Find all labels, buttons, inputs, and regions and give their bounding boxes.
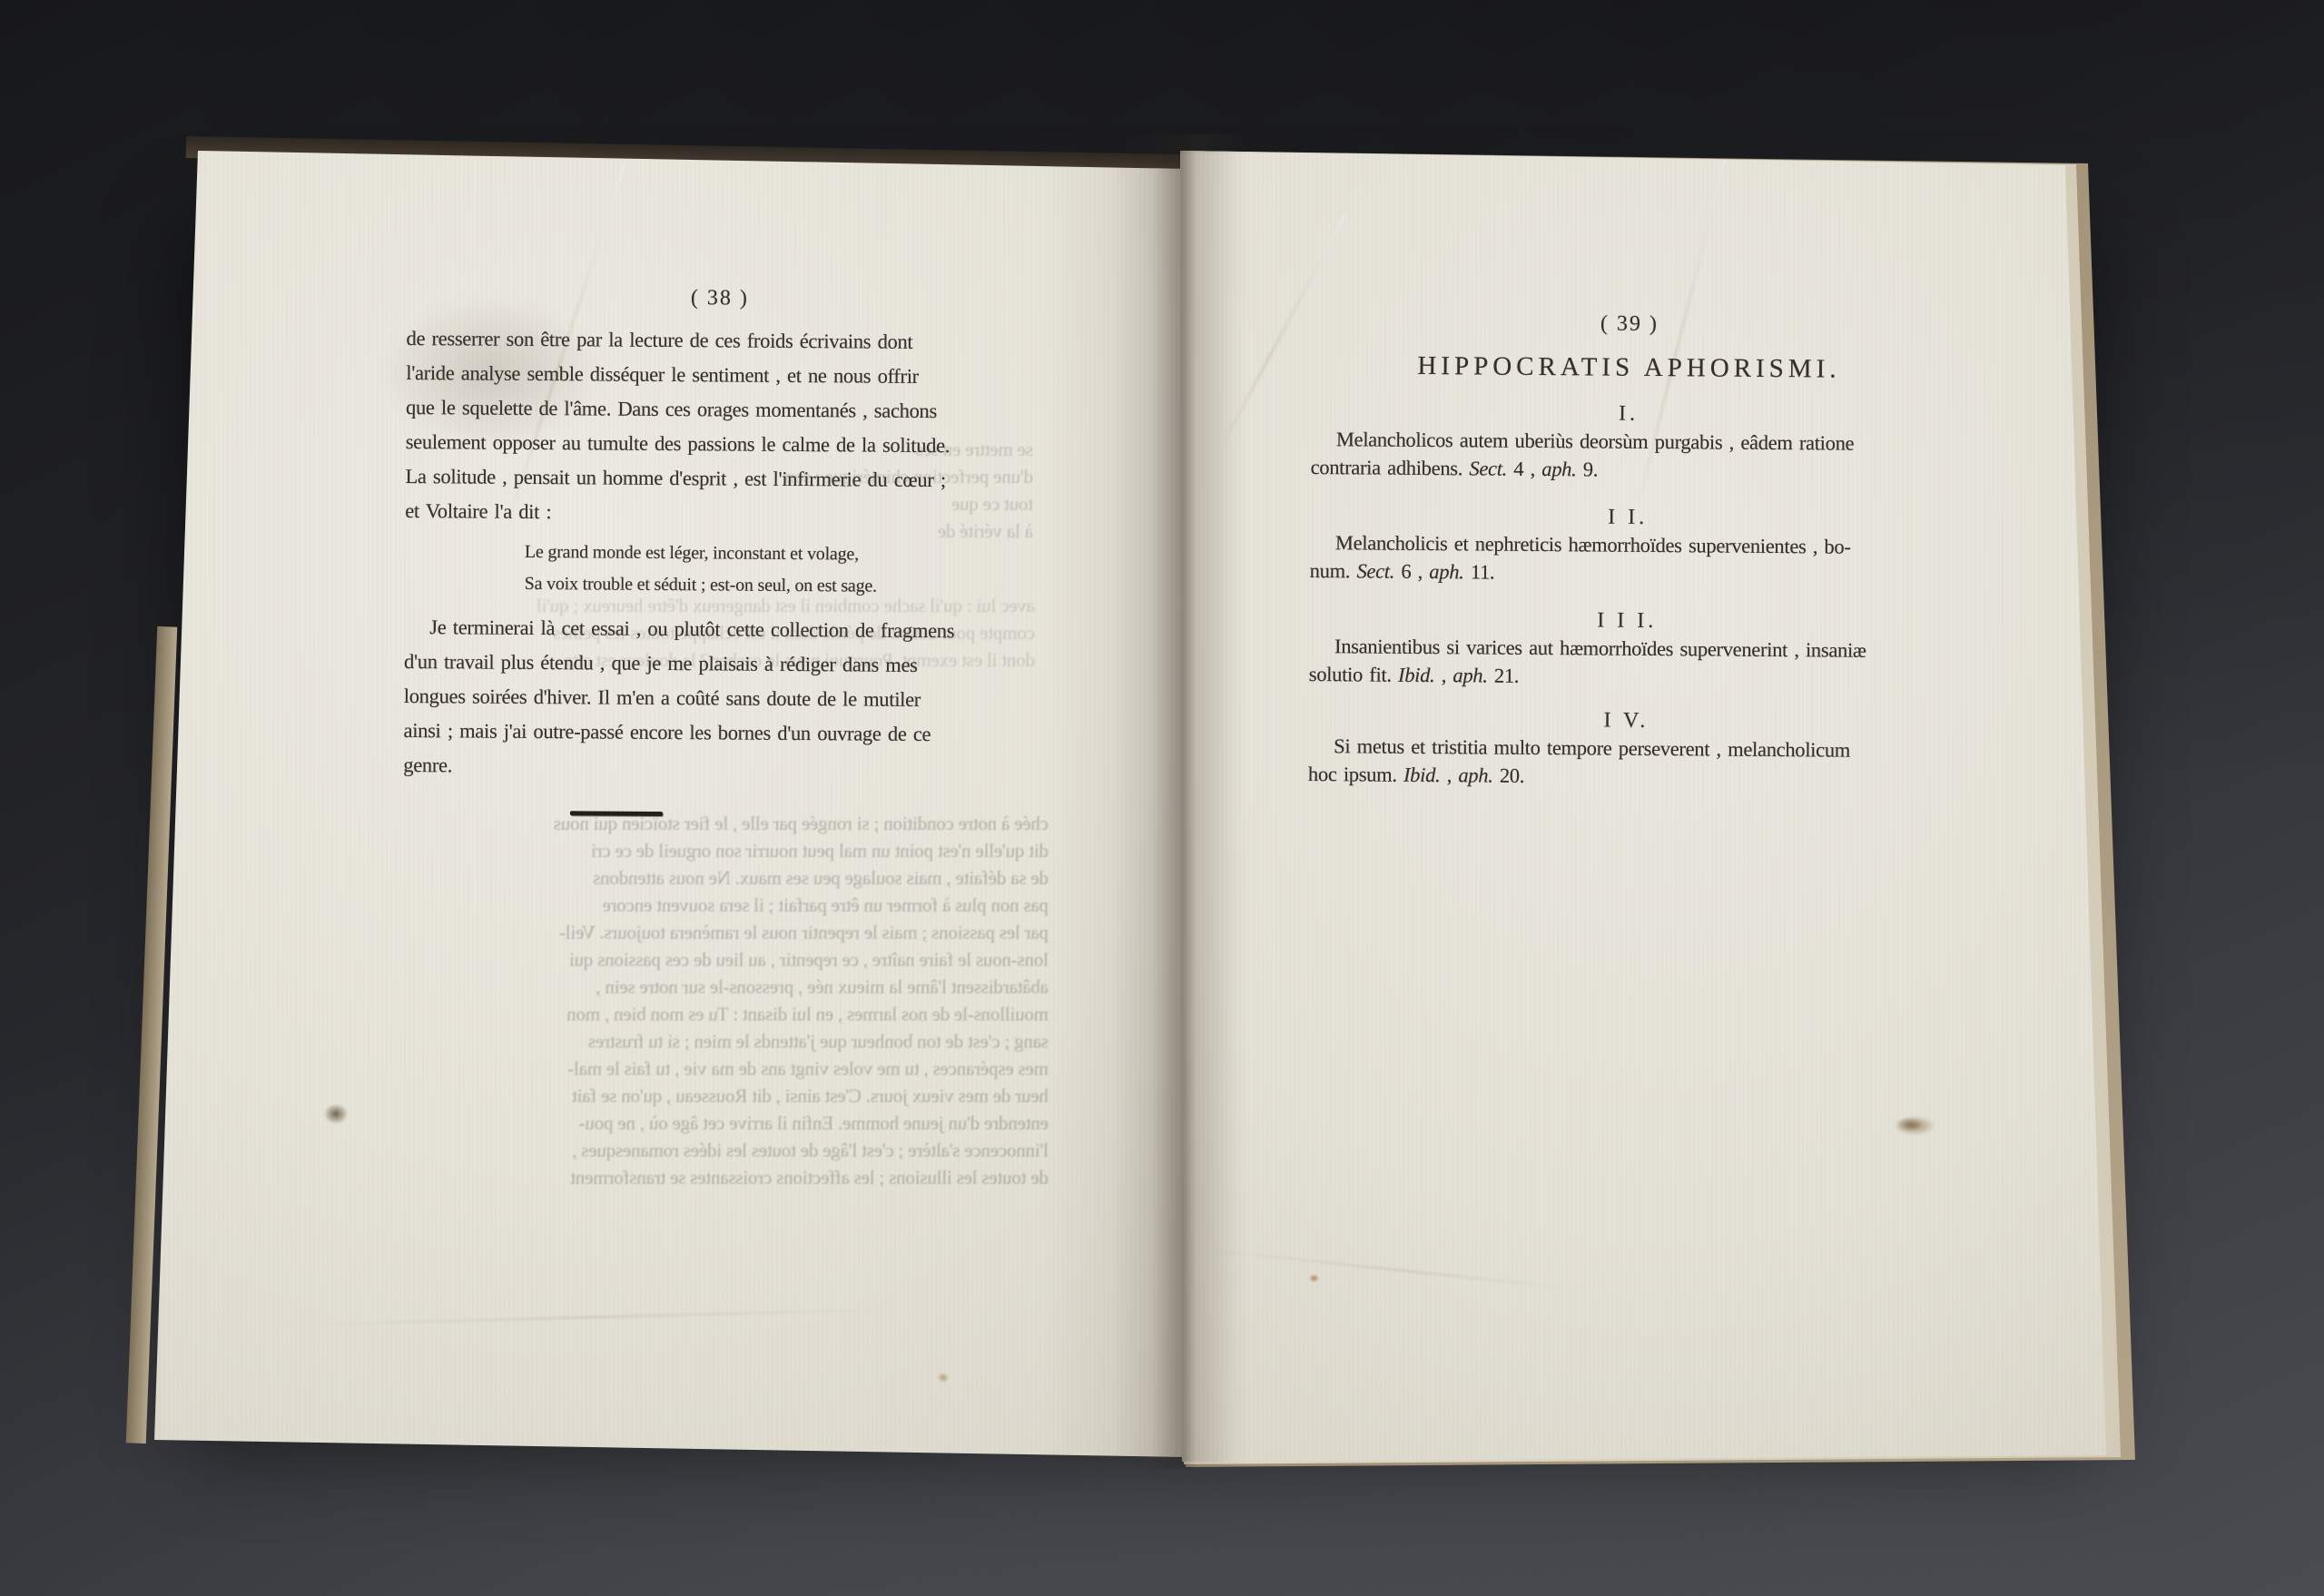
bleedthrough-text-line: mes espérances , tu me voles vingt ans d… — [309, 1055, 1049, 1082]
page-title: HIPPOCRATIS APHORISMI. — [1311, 347, 1946, 388]
stain — [1888, 1113, 1941, 1138]
left-page: se mettre en ses d'une perfection chimér… — [136, 136, 1189, 1471]
paragraph-line: l'aride analyse semble disséquer le sent… — [406, 356, 1032, 395]
aphorism-line: solutio fit. Ibid. , aph. 21. — [1309, 660, 1945, 693]
paragraph-line: et Voltaire l'a dit : — [405, 494, 1031, 533]
reference-plain: 9. — [1576, 458, 1598, 480]
bleedthrough-text-line: dit qu'elle n'est point un mal peut nour… — [309, 837, 1049, 864]
reference-italic: Ibid. — [1398, 664, 1435, 686]
paragraph-line: genre. — [403, 748, 1029, 787]
bleedthrough-text-line: sang ; c'est de ton bonheur que j'attend… — [309, 1028, 1049, 1055]
bleedthrough-text-line: heur de mes vieux jours. C'est ainsi , d… — [309, 1082, 1049, 1109]
reference-plain: 21. — [1488, 665, 1520, 687]
aphorism-line: num. Sect. 6 , aph. 11. — [1310, 557, 1945, 589]
verse-line: Sa voix trouble et séduit ; est-on seul,… — [525, 568, 1031, 604]
gutter-shadow — [1112, 134, 1248, 1469]
paragraph-line: longues soirées d'hiver. Il m'en a coûté… — [404, 679, 1030, 718]
paragraph-line: que le squelette de l'âme. Dans ces orag… — [406, 390, 1032, 429]
verse-quote: Le grand monde est léger, inconstant et … — [525, 537, 1031, 604]
bleedthrough-text-line: entendre d'un jeune homme. Enfin il arri… — [309, 1109, 1049, 1137]
reference-plain: 20. — [1492, 764, 1524, 787]
photo-of-open-book: se mettre en ses d'une perfection chimér… — [0, 0, 2324, 1596]
paragraph-line: La solitude , pensait un homme d'esprit … — [405, 459, 1031, 498]
reference-italic: aph. — [1452, 664, 1487, 686]
aphorism-text: solutio fit. — [1309, 663, 1398, 686]
stain — [935, 1371, 951, 1384]
aphorism: I I I. Insanientibus si varices aut hæmo… — [1309, 605, 1945, 693]
right-page-text-block: ( 39 ) HIPPOCRATIS APHORISMI. I. Melanch… — [1308, 309, 1947, 793]
reference-plain: , — [1440, 764, 1458, 786]
aphorism: I I. Melancholicis et nephreticis hæmorr… — [1310, 501, 1946, 589]
left-page-text-block: ( 38 ) de resserrer son être par la lect… — [403, 283, 1033, 819]
aphorism-text: num. — [1310, 559, 1357, 582]
reference-plain: , — [1434, 664, 1452, 686]
stain — [320, 1100, 352, 1128]
aphorism-text: hoc ipsum. — [1308, 763, 1403, 786]
bleedthrough-text-line: par les passions ; mais le repentir nous… — [309, 919, 1049, 946]
reference-italic: aph. — [1541, 458, 1576, 480]
bleedthrough-text-line: lons-nous le faire naître , ce repentir … — [309, 946, 1049, 973]
aphorism-line: hoc ipsum. Ibid. , aph. 20. — [1308, 760, 1944, 793]
reference-italic: Sect. — [1469, 457, 1507, 479]
paragraph-line: d'un travail plus étendu , que je me pla… — [404, 645, 1030, 684]
aphorism: I V. Si metus et tristitia multo tempore… — [1308, 704, 1945, 793]
reference-italic: aph. — [1458, 764, 1492, 786]
reference-plain: 4 , — [1507, 458, 1541, 480]
page-number: ( 38 ) — [407, 283, 1033, 313]
bleedthrough-text-line: de sa défaite , mais soulage peu ses mau… — [309, 864, 1049, 892]
aphorism-text: contraria adhibens. — [1311, 456, 1470, 479]
stain — [1307, 1273, 1321, 1284]
reference-plain: 6 , — [1394, 560, 1429, 583]
reference-italic: aph. — [1429, 560, 1463, 583]
bleedthrough-text-line: de toutes les illusions ; les affections… — [309, 1164, 1049, 1191]
paragraph-line: de resserrer son être par la lecture de … — [406, 321, 1032, 360]
bleedthrough-text: chée à notre condition ; si rongée par e… — [309, 810, 1049, 1191]
reference-italic: Sect. — [1356, 559, 1394, 582]
paragraph-line: ainsi ; mais j'ai outre-passé encore les… — [403, 714, 1029, 753]
aphorism-line: contraria adhibens. Sect. 4 , aph. 9. — [1311, 453, 1946, 486]
verse-line: Le grand monde est léger, inconstant et … — [525, 537, 1031, 572]
reference-plain: 11. — [1463, 560, 1494, 583]
bleedthrough-text-line: pas non plus à former un être parfait ; … — [309, 892, 1049, 919]
body-paragraph: de resserrer son être par la lecture de … — [405, 321, 1033, 533]
page-number: ( 39 ) — [1312, 309, 1947, 339]
reference-italic: Ibid. — [1403, 764, 1441, 786]
section-divider — [570, 811, 663, 816]
bleedthrough-text-line: abâtardissent l'âme la mieux née , press… — [309, 973, 1049, 1000]
paragraph-line: Je terminerai là cet essai , ou plutôt c… — [404, 610, 1030, 649]
paragraph-line: seulement opposer au tumulte des passion… — [406, 425, 1032, 464]
bleedthrough-text-line: l'innocence s'altère ; c'est l'âge de to… — [309, 1137, 1049, 1164]
body-paragraph: Je terminerai là cet essai , ou plutôt c… — [403, 610, 1030, 787]
right-page: ( 39 ) HIPPOCRATIS APHORISMI. I. Melanch… — [1171, 143, 2120, 1476]
bleedthrough-text-line: mouillons-le de nos larmes , en lui disa… — [309, 1000, 1049, 1028]
aphorism: I. Melancholicos autem uberiùs deorsùm p… — [1311, 398, 1947, 486]
